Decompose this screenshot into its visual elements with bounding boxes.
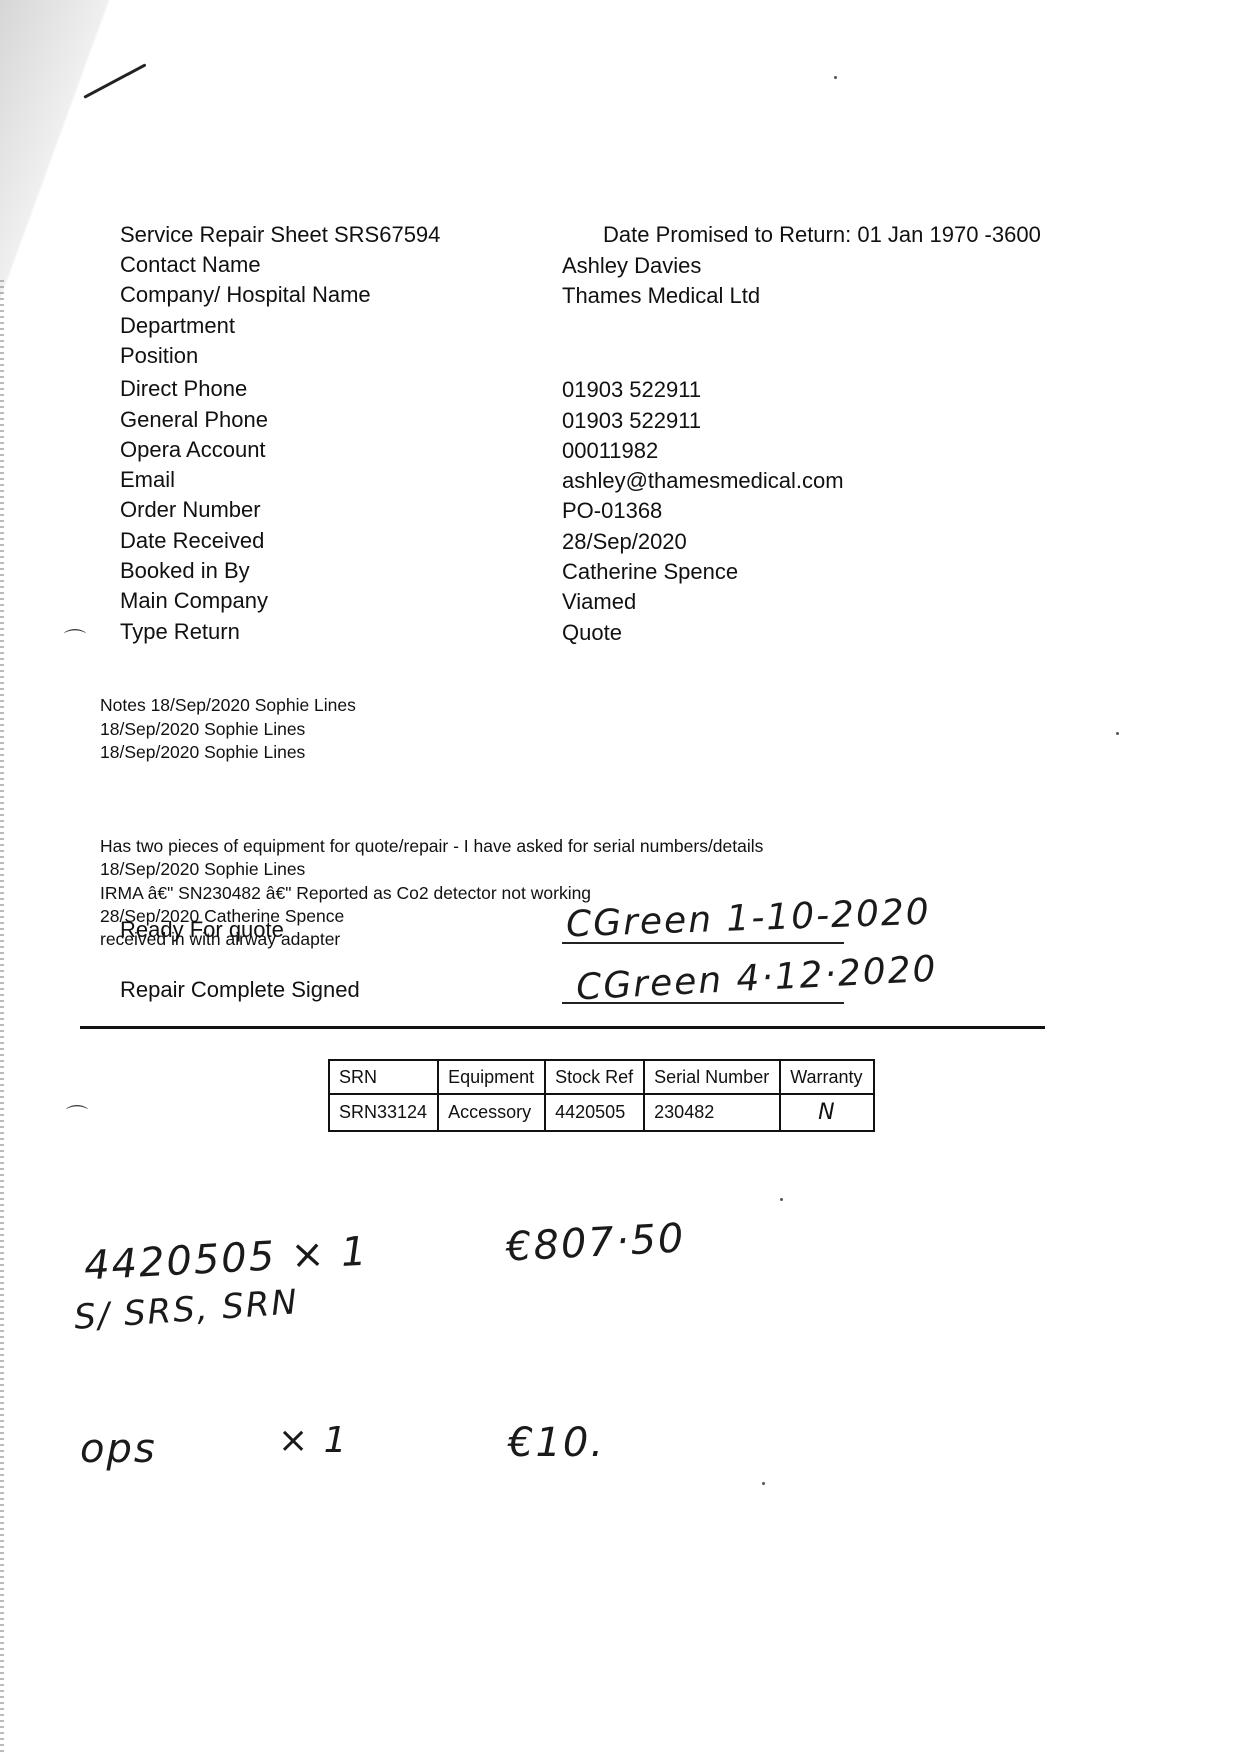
field-value: 01903 522911 bbox=[562, 408, 701, 434]
field-label: Direct Phone bbox=[120, 376, 247, 402]
field-value: PO-01368 bbox=[562, 498, 662, 524]
field-label: Main Company bbox=[120, 588, 268, 614]
note-line: IRMA â€" SN230482 â€" Reported as Co2 de… bbox=[100, 882, 1100, 905]
column-header: SRN bbox=[329, 1060, 438, 1094]
field-label: Booked in By bbox=[120, 558, 250, 584]
field-value: Catherine Spence bbox=[562, 559, 738, 585]
handwritten-quote-qty-2: × 1 bbox=[278, 1420, 349, 1461]
field-label: Position bbox=[120, 343, 198, 369]
table-cell: 230482 bbox=[644, 1094, 780, 1131]
handwritten-quote-price-2: €10. bbox=[508, 1420, 605, 1466]
column-header: Warranty bbox=[780, 1060, 873, 1094]
note-line: Has two pieces of equipment for quote/re… bbox=[100, 835, 1100, 858]
ready-for-quote-signature-line bbox=[562, 942, 844, 944]
repair-complete-label: Repair Complete Signed bbox=[120, 977, 360, 1003]
date-promised: Date Promised to Return: 01 Jan 1970 -36… bbox=[603, 222, 1041, 248]
scanned-page: ⌒ ⌒ Service Repair Sheet SRS67594 Date P… bbox=[0, 0, 1240, 1753]
margin-mark: ⌒ bbox=[66, 1100, 88, 1131]
field-value: 00011982 bbox=[562, 438, 658, 464]
table-row: SRN33124Accessory4420505230482N bbox=[329, 1094, 874, 1131]
repair-complete-signature-line bbox=[562, 1002, 844, 1004]
field-label: Department bbox=[120, 313, 235, 339]
field-label: Order Number bbox=[120, 497, 261, 523]
notes-spacer bbox=[100, 788, 1100, 811]
section-divider bbox=[80, 1026, 1045, 1029]
handwritten-quote-ref: S/ SRS, SRN bbox=[73, 1282, 300, 1338]
ready-for-quote-label: Ready For quote bbox=[120, 917, 284, 943]
handwritten-quote-price-1: €807·50 bbox=[505, 1215, 687, 1270]
equipment-table-header: SRNEquipmentStock RefSerial NumberWarran… bbox=[329, 1060, 874, 1094]
field-value: Ashley Davies bbox=[562, 253, 701, 279]
note-line: Notes 18/Sep/2020 Sophie Lines bbox=[100, 694, 1100, 717]
field-value: Thames Medical Ltd bbox=[562, 283, 760, 309]
field-value: ashley@thamesmedical.com bbox=[562, 468, 844, 494]
scan-speck bbox=[780, 1198, 783, 1201]
field-value: Viamed bbox=[562, 589, 636, 615]
scan-speck bbox=[834, 76, 837, 79]
field-label: Email bbox=[120, 467, 175, 493]
table-cell: N bbox=[780, 1094, 873, 1131]
handwritten-quote-item-2: ops bbox=[80, 1426, 157, 1472]
equipment-table-body: SRN33124Accessory4420505230482N bbox=[329, 1094, 874, 1131]
field-label: General Phone bbox=[120, 407, 268, 433]
table-cell: 4420505 bbox=[545, 1094, 644, 1131]
column-header: Equipment bbox=[438, 1060, 545, 1094]
equipment-table: SRNEquipmentStock RefSerial NumberWarran… bbox=[328, 1059, 875, 1132]
field-value: Quote bbox=[562, 620, 622, 646]
scan-speck bbox=[762, 1482, 765, 1485]
column-header: Serial Number bbox=[644, 1060, 780, 1094]
handwritten-quote-item-1: 4420505 × 1 bbox=[83, 1229, 370, 1290]
notes-header-lines: Notes 18/Sep/2020 Sophie Lines18/Sep/202… bbox=[100, 694, 1100, 764]
note-line: 18/Sep/2020 Sophie Lines bbox=[100, 718, 1100, 741]
table-cell: Accessory bbox=[438, 1094, 545, 1131]
field-label: Contact Name bbox=[120, 252, 261, 278]
column-header: Stock Ref bbox=[545, 1060, 644, 1094]
field-value: 28/Sep/2020 bbox=[562, 529, 687, 555]
scan-edge-artifact bbox=[0, 280, 4, 1753]
field-label: Date Received bbox=[120, 528, 264, 554]
sheet-title: Service Repair Sheet SRS67594 bbox=[120, 222, 440, 248]
field-label: Opera Account bbox=[120, 437, 266, 463]
note-line: 18/Sep/2020 Sophie Lines bbox=[100, 741, 1100, 764]
note-line: 18/Sep/2020 Sophie Lines bbox=[100, 858, 1100, 881]
field-label: Company/ Hospital Name bbox=[120, 282, 371, 308]
field-label: Type Return bbox=[120, 619, 240, 645]
margin-mark: ⌒ bbox=[64, 624, 86, 655]
table-cell: SRN33124 bbox=[329, 1094, 438, 1131]
field-value: 01903 522911 bbox=[562, 377, 701, 403]
scan-speck bbox=[1116, 732, 1119, 735]
